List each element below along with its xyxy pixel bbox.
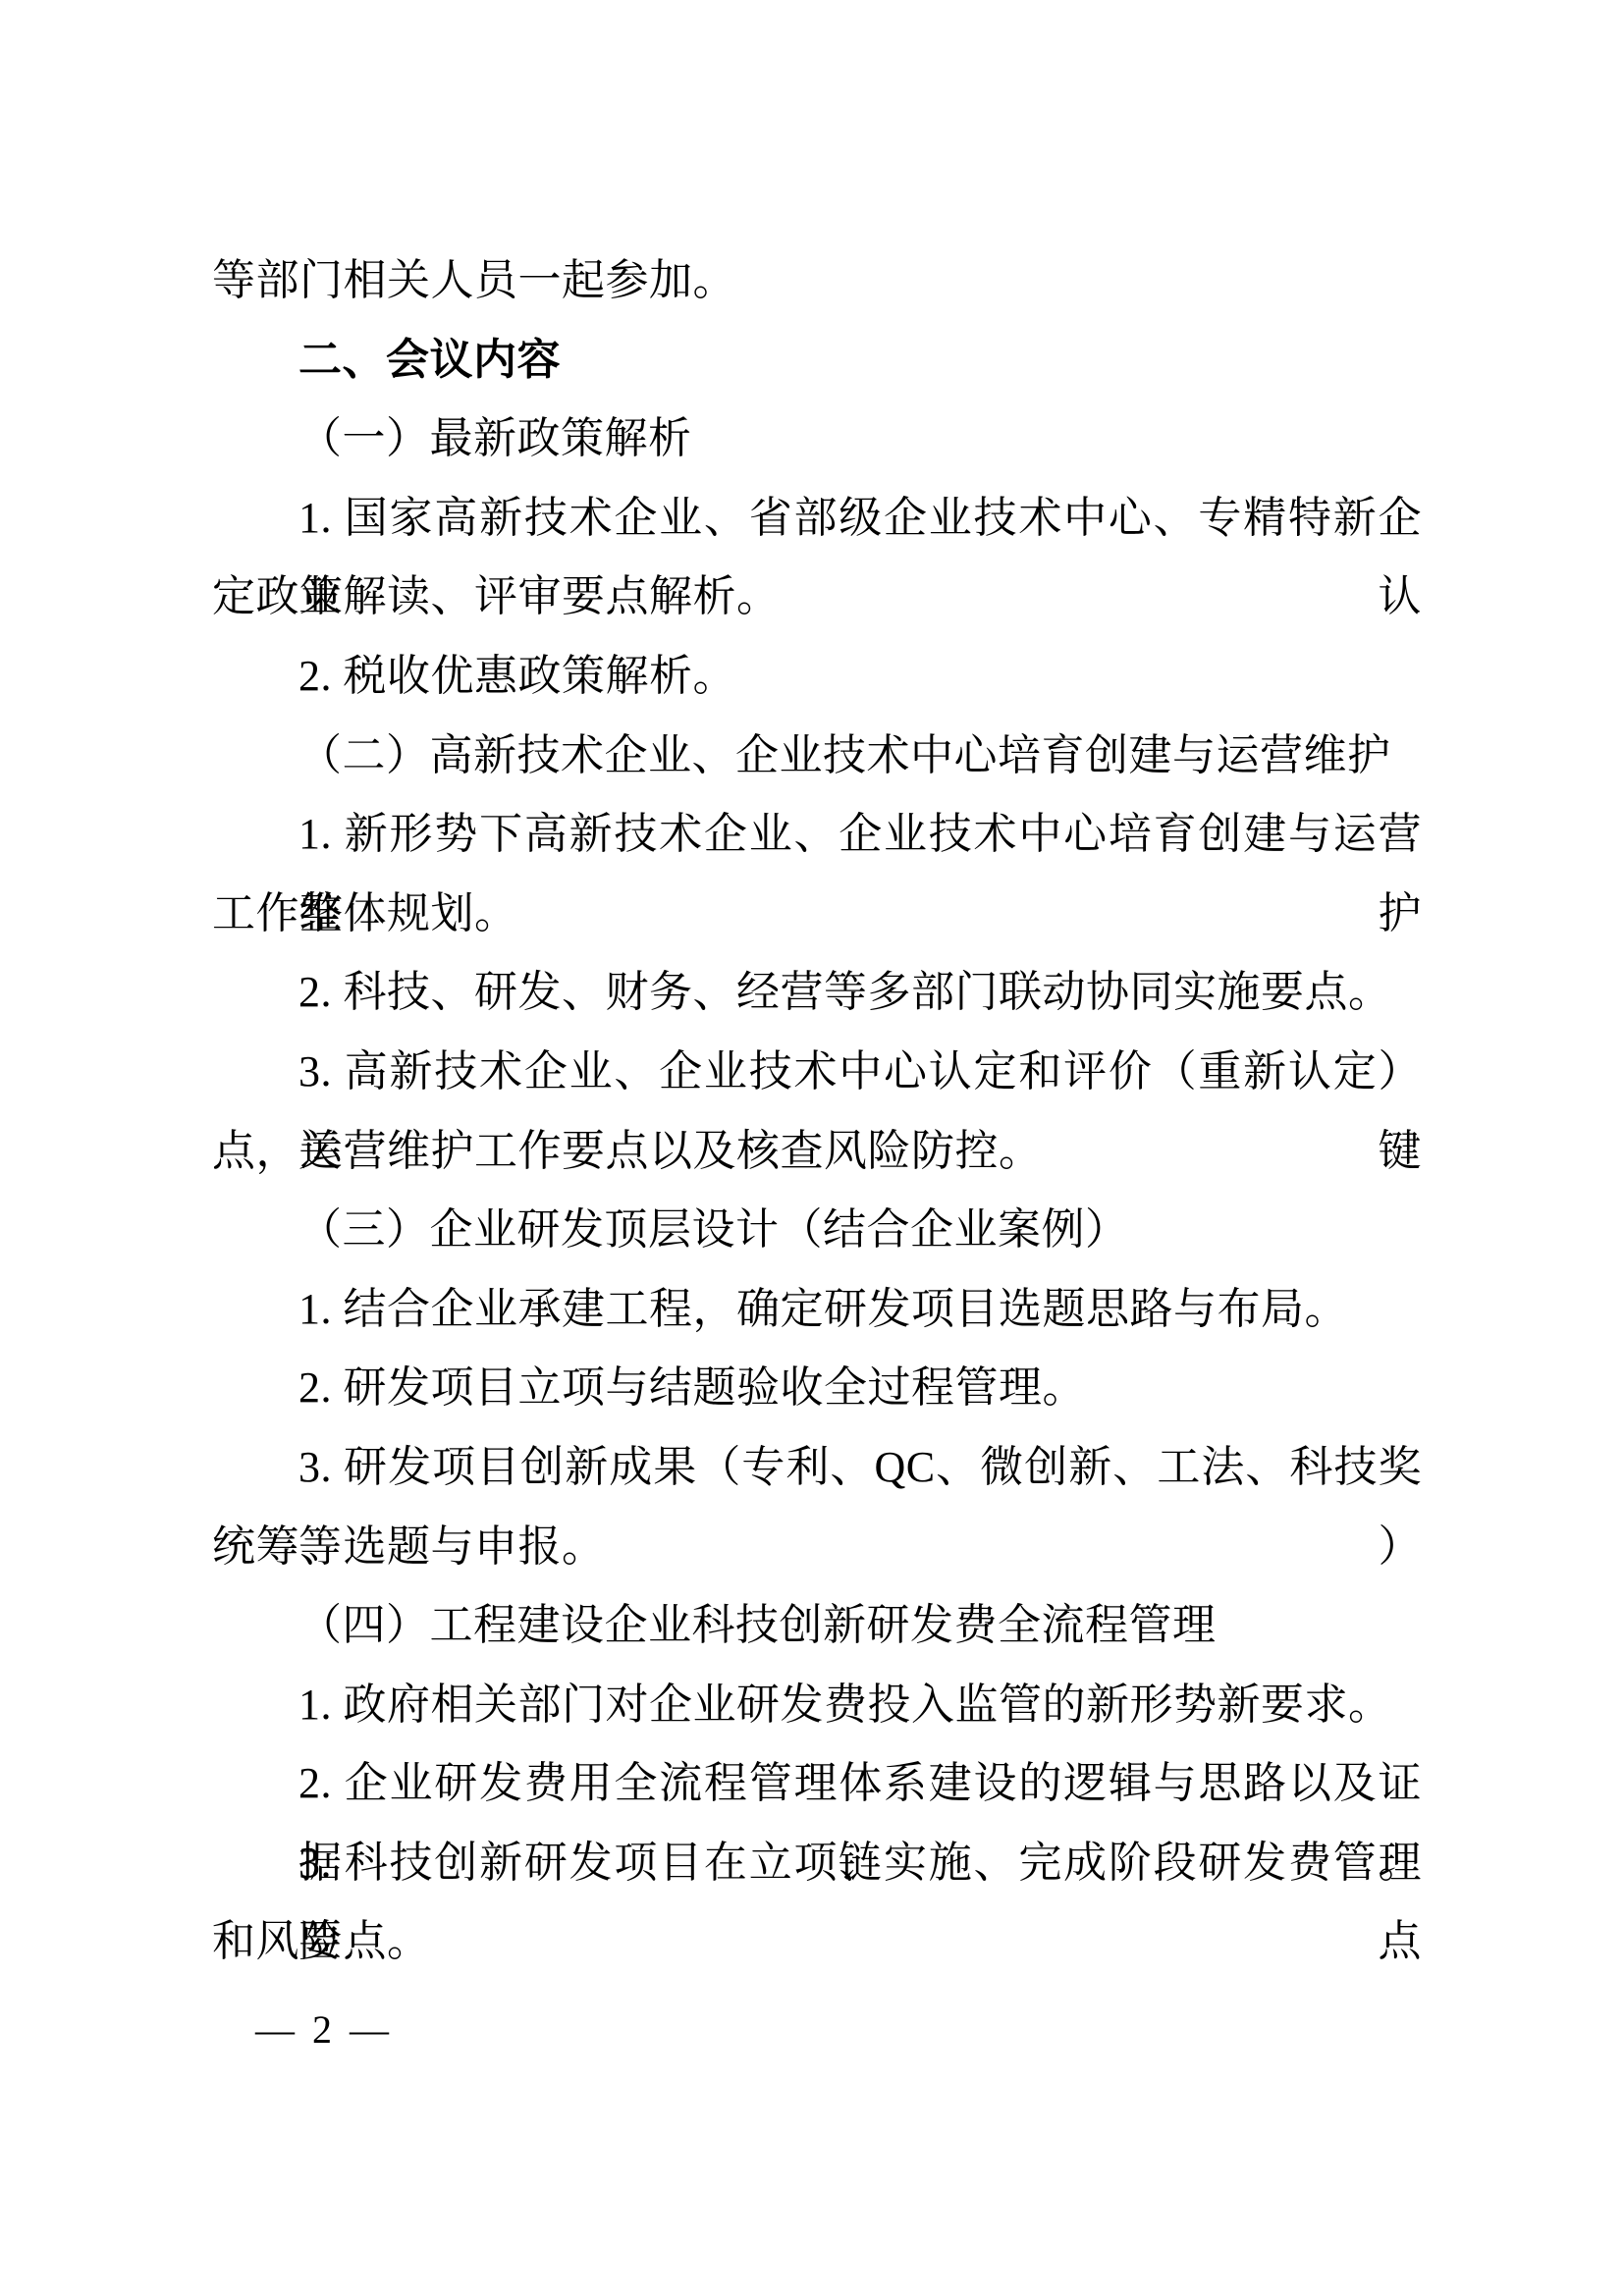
document-page: 等部门相关人员一起参加。二、会议内容（一）最新政策解析1. 国家高新技术企业、省…	[0, 0, 1624, 2296]
text-line: 1. 新形势下高新技术企业、企业技术中心培育创建与运营维护	[212, 795, 1422, 875]
text-line: （四）工程建设企业科技创新研发费全流程管理	[212, 1586, 1422, 1666]
document-body: 等部门相关人员一起参加。二、会议内容（一）最新政策解析1. 国家高新技术企业、省…	[212, 241, 1422, 1982]
text-line: 3. 研发项目创新成果（专利、QC、微创新、工法、科技奖等）	[212, 1428, 1422, 1508]
text-line: 2. 税收优惠政策解析。	[212, 637, 1422, 717]
text-line: 二、会议内容	[212, 321, 1422, 400]
page-number: — 2 —	[255, 2002, 393, 2057]
text-line: （二）高新技术企业、企业技术中心培育创建与运营维护	[212, 717, 1422, 796]
text-line: 3. 科技创新研发项目在立项、实施、完成阶段研发费管理要点	[212, 1824, 1422, 1903]
text-line: （三）企业研发顶层设计（结合企业案例）	[212, 1191, 1422, 1270]
text-line: 1. 结合企业承建工程，确定研发项目选题思路与布局。	[212, 1270, 1422, 1350]
text-line: 2. 企业研发费用全流程管理体系建设的逻辑与思路以及证据链。	[212, 1744, 1422, 1824]
text-line: （一）最新政策解析	[212, 400, 1422, 479]
text-line: 3. 高新技术企业、企业技术中心认定和评价（重新认定）关键	[212, 1033, 1422, 1112]
text-line: 等部门相关人员一起参加。	[212, 241, 1422, 321]
text-line: 2. 研发项目立项与结题验收全过程管理。	[212, 1349, 1422, 1428]
text-line: 1. 政府相关部门对企业研发费投入监管的新形势新要求。	[212, 1666, 1422, 1745]
text-line: 1. 国家高新技术企业、省部级企业技术中心、专精特新企业认	[212, 479, 1422, 559]
text-line: 2. 科技、研发、财务、经营等多部门联动协同实施要点。	[212, 953, 1422, 1033]
